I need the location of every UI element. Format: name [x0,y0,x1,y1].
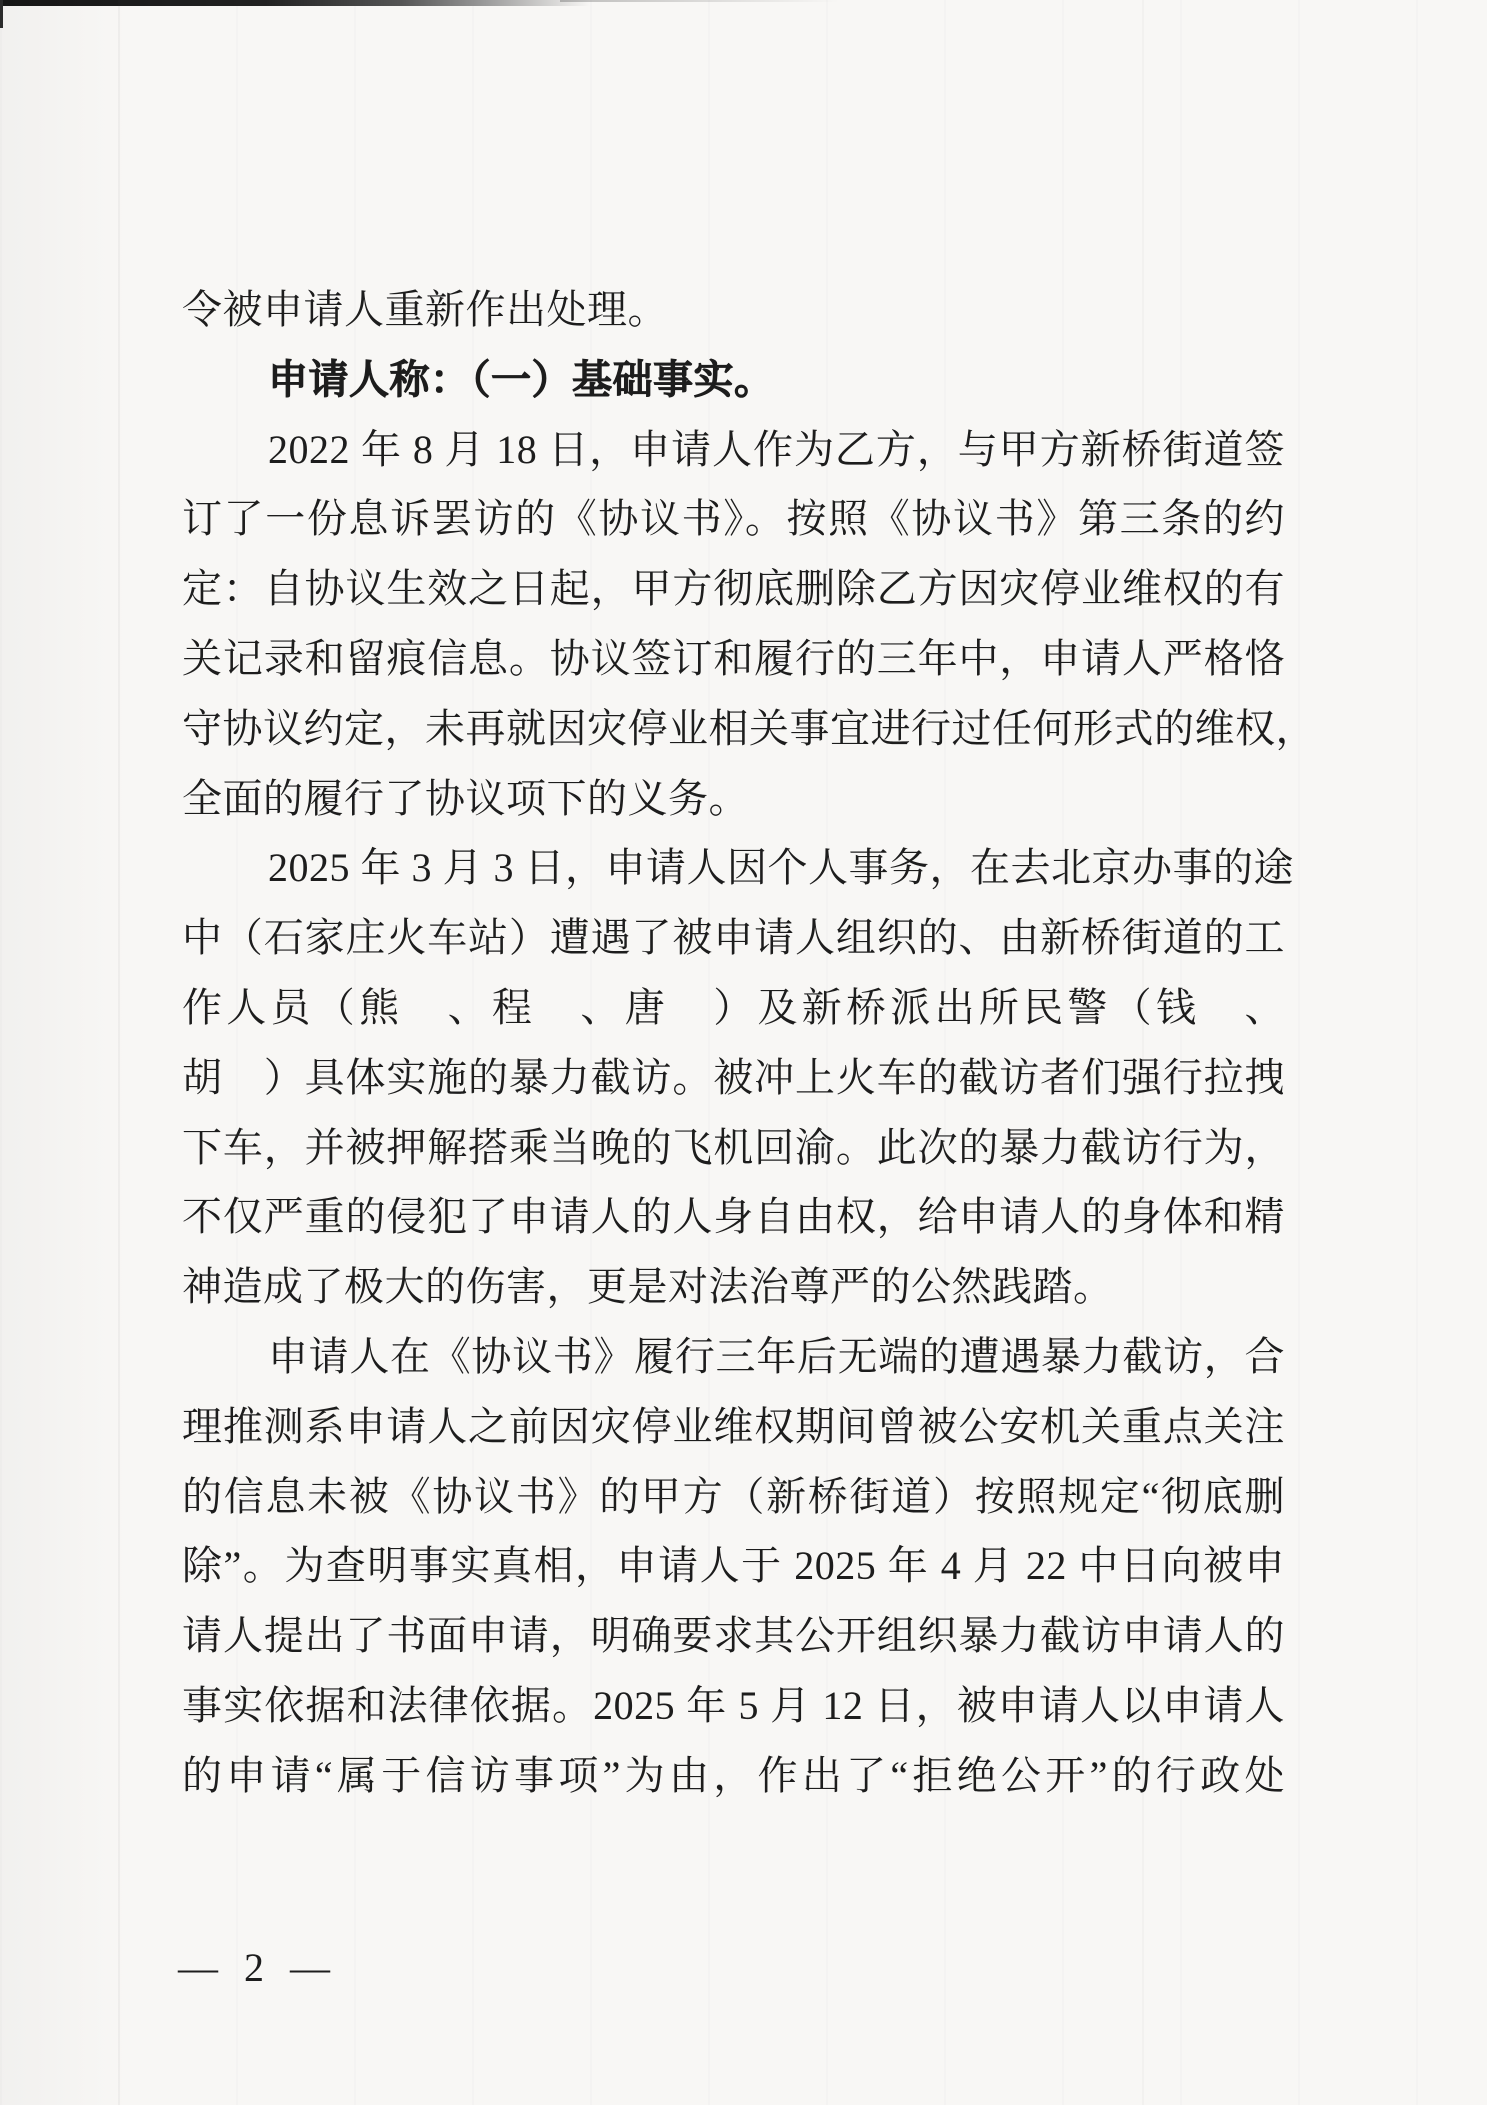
scanner-edge-artifact [0,0,590,6]
text-line: 下车，并被押解搭乘当晚的飞机回渝。此次的暴力截访行为， [182,1113,1285,1183]
text-line: 订了一份息诉罢访的《协议书》。按照《协议书》第三条的约 [182,484,1285,554]
scanned-document-page: 令被申请人重新作出处理。 申请人称：（一）基础事实。 2022 年 8 月 18… [0,0,1487,2105]
text-line: 不仅严重的侵犯了申请人的人身自由权，给申请人的身体和精 [182,1182,1285,1252]
text-line: 作人员（熊 、程 、唐 ）及新桥派出所民警（钱 、 [182,973,1285,1043]
text-line: 理推测系申请人之前因灾停业维权期间曾被公安机关重点关注 [182,1392,1285,1462]
text-line: 守协议约定，未再就因灾停业相关事宜进行过任何形式的维权， [182,694,1285,764]
scanner-left-edge-artifact [0,0,3,28]
text-line: 神造成了极大的伤害，更是对法治尊严的公然践踏。 [182,1252,1285,1322]
scanner-edge-artifact-thin [560,0,1487,2]
text-line: 全面的履行了协议项下的义务。 [182,764,1285,834]
page-number: — 2 — [178,1944,338,1991]
text-line: 胡 ）具体实施的暴力截访。被冲上火车的截访者们强行拉拽 [182,1043,1285,1113]
text-line: 请人提出了书面申请，明确要求其公开组织暴力截访申请人的 [182,1601,1285,1671]
document-body: 令被申请人重新作出处理。 申请人称：（一）基础事实。 2022 年 8 月 18… [182,275,1285,1811]
text-line: 2022 年 8 月 18 日，申请人作为乙方，与甲方新桥街道签 [182,415,1285,485]
text-line: 申请人在《协议书》履行三年后无端的遭遇暴力截访，合 [182,1322,1285,1392]
scan-streak [118,0,120,2105]
text-line: 令被申请人重新作出处理。 [182,275,1285,345]
text-line: 中（石家庄火车站）遭遇了被申请人组织的、由新桥街道的工 [182,903,1285,973]
text-line: 除”。为查明事实真相，申请人于 2025 年 4 月 22 中日向被申 [182,1531,1285,1601]
text-line: 2025 年 3 月 3 日，申请人因个人事务，在去北京办事的途 [182,833,1285,903]
text-line: 定：自协议生效之日起，甲方彻底删除乙方因灾停业维权的有 [182,554,1285,624]
text-line: 的信息未被《协议书》的甲方（新桥街道）按照规定“彻底删 [182,1462,1285,1532]
text-line: 的申请“属于信访事项”为由，作出了“拒绝公开”的行政处 [182,1741,1285,1811]
text-line: 事实依据和法律依据。2025 年 5 月 12 日，被申请人以申请人 [182,1671,1285,1741]
section-heading: 申请人称：（一）基础事实。 [182,345,1285,415]
text-line: 关记录和留痕信息。协议签订和履行的三年中，申请人严格恪 [182,624,1285,694]
